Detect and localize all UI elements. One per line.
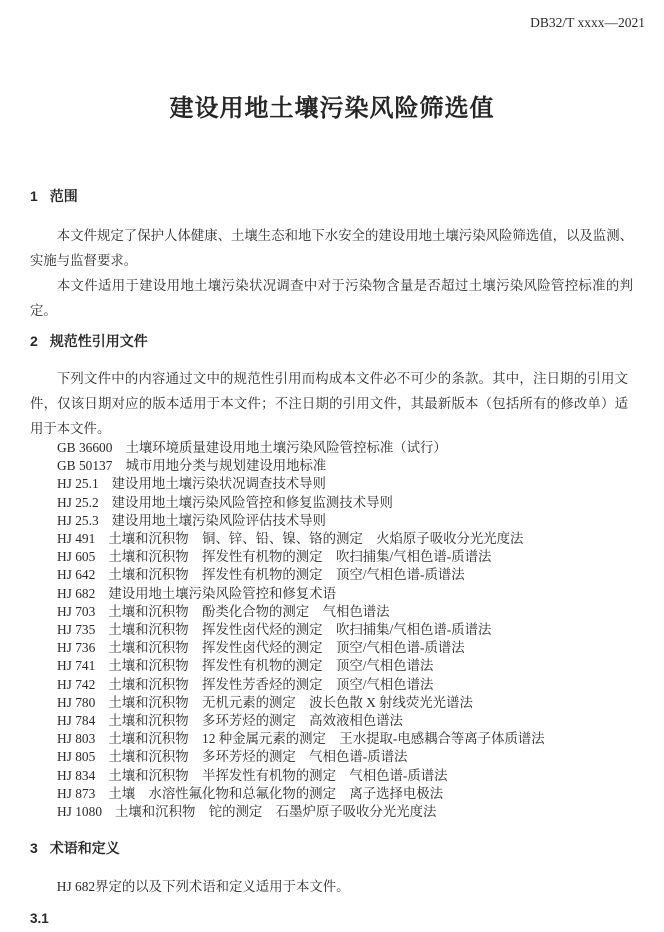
reference-title: 土壤和沉积物 多环芳烃的测定 高效液相色谱法 [108,713,403,728]
reference-row: HJ 1080土壤和沉积物 铊的测定 石墨炉原子吸收分光光度法 [57,803,664,821]
normative-intro-paragraph: 下列文件中的内容通过文中的规范性引用而构成本文件必不可少的条款。其中，注日期的引… [30,366,628,441]
reference-row: HJ 25.3建设用地土壤污染风险评估技术导则 [57,512,664,530]
reference-title: 土壤 水溶性氟化物和总氟化物的测定 离子选择电极法 [108,786,443,801]
reference-code: HJ 736 [57,640,95,655]
reference-code: HJ 682 [57,586,95,601]
reference-code: HJ 741 [57,658,95,673]
reference-title: 城市用地分类与规划建设用地标准 [125,458,326,473]
reference-title: 土壤和沉积物 铜、锌、铅、镍、铬的测定 火焰原子吸收分光光度法 [108,531,523,546]
reference-row: HJ 25.1建设用地土壤污染状况调查技术导则 [57,475,664,493]
reference-code: HJ 805 [57,749,95,764]
reference-code: HJ 784 [57,713,95,728]
reference-code: HJ 25.1 [57,476,99,491]
reference-row: HJ 805土壤和沉积物 多环芳烃的测定 气相色谱-质谱法 [57,748,664,766]
reference-row: HJ 491土壤和沉积物 铜、锌、铅、镍、铬的测定 火焰原子吸收分光光度法 [57,530,664,548]
scope-paragraph-2: 本文件适用于建设用地土壤污染状况调查中对于污染物含量是否超过土壤污染风险管控标准… [30,273,633,323]
reference-code: HJ 803 [57,731,95,746]
section-1-heading: 1范围 [30,187,664,206]
scope-paragraph-1: 本文件规定了保护人体健康、土壤生态和地下水安全的建设用地土壤污染风险筛选值，以及… [30,223,633,273]
reference-title: 土壤和沉积物 挥发性卤代烃的测定 顶空/气相色谱-质谱法 [108,640,464,655]
reference-code: HJ 780 [57,695,95,710]
reference-title: 土壤和沉积物 半挥发性有机物的测定 气相色谱-质谱法 [108,768,447,783]
reference-code: HJ 735 [57,622,95,637]
reference-title: 建设用地土壤污染风险管控和修复监测技术导则 [112,495,393,510]
reference-code: HJ 25.2 [57,495,99,510]
reference-row: HJ 741土壤和沉积物 挥发性有机物的测定 顶空/气相色谱法 [57,657,664,675]
reference-code: HJ 25.3 [57,513,99,528]
references-list: GB 36600土壤环境质量建设用地土壤污染风险管控标准（试行）GB 50137… [57,439,664,821]
section-1-number: 1 [30,188,38,204]
reference-row: GB 50137城市用地分类与规划建设用地标准 [57,457,664,475]
reference-code: HJ 491 [57,531,95,546]
reference-row: HJ 834土壤和沉积物 半挥发性有机物的测定 气相色谱-质谱法 [57,767,664,785]
reference-title: 土壤和沉积物 铊的测定 石墨炉原子吸收分光光度法 [115,804,436,819]
reference-title: 建设用地土壤污染风险管控和修复术语 [108,586,336,601]
reference-row: HJ 803土壤和沉积物 12 种金属元素的测定 王水提取-电感耦合等离子体质谱… [57,730,664,748]
reference-title: 土壤和沉积物 挥发性有机物的测定 吹扫捕集/气相色谱-质谱法 [108,549,491,564]
reference-title: 土壤和沉积物 挥发性芳香烃的测定 顶空/气相色谱法 [108,677,433,692]
reference-row: HJ 735土壤和沉积物 挥发性卤代烃的测定 吹扫捕集/气相色谱-质谱法 [57,621,664,639]
reference-title: 土壤和沉积物 挥发性有机物的测定 顶空/气相色谱法 [108,658,433,673]
reference-title: 土壤和沉积物 12 种金属元素的测定 王水提取-电感耦合等离子体质谱法 [108,731,544,746]
section-1-title: 范围 [50,188,78,204]
reference-row: HJ 873土壤 水溶性氟化物和总氟化物的测定 离子选择电极法 [57,785,664,803]
reference-title: 土壤和沉积物 挥发性有机物的测定 顶空/气相色谱-质谱法 [108,567,464,582]
document-page: DB32/T xxxx—2021 建设用地土壤污染风险筛选值 1范围 本文件规定… [0,0,664,932]
section-3-heading: 3术语和定义 [30,839,664,858]
reference-row: HJ 784土壤和沉积物 多环芳烃的测定 高效液相色谱法 [57,712,664,730]
reference-code: GB 50137 [57,458,112,473]
subclause-3-1: 3.1 [30,909,664,928]
section-3-title: 术语和定义 [50,840,120,856]
reference-code: GB 36600 [57,440,112,455]
section-2-heading: 2规范性引用文件 [30,332,664,351]
reference-title: 建设用地土壤污染风险评估技术导则 [112,513,326,528]
section-3-number: 3 [30,840,38,856]
section-2-title: 规范性引用文件 [50,333,148,349]
reference-title: 土壤和沉积物 无机元素的测定 波长色散 X 射线荧光光谱法 [108,695,473,710]
reference-row: HJ 25.2建设用地土壤污染风险管控和修复监测技术导则 [57,494,664,512]
doc-number: DB32/T xxxx—2021 [530,15,645,30]
reference-title: 土壤和沉积物 多环芳烃的测定 气相色谱-质谱法 [108,749,407,764]
reference-row: HJ 682建设用地土壤污染风险管控和修复术语 [57,585,664,603]
reference-code: HJ 834 [57,768,95,783]
reference-row: HJ 736土壤和沉积物 挥发性卤代烃的测定 顶空/气相色谱-质谱法 [57,639,664,657]
reference-code: HJ 873 [57,786,95,801]
section-2-number: 2 [30,333,38,349]
reference-code: HJ 742 [57,677,95,692]
reference-title: 土壤环境质量建设用地土壤污染风险管控标准（试行） [125,440,446,455]
document-title: 建设用地土壤污染风险筛选值 [0,92,664,125]
reference-row: HJ 742土壤和沉积物 挥发性芳香烃的测定 顶空/气相色谱法 [57,676,664,694]
reference-code: HJ 703 [57,604,95,619]
reference-code: HJ 605 [57,549,95,564]
reference-code: HJ 642 [57,567,95,582]
reference-code: HJ 1080 [57,804,102,819]
terms-intro-paragraph: HJ 682界定的以及下列术语和定义适用于本文件。 [30,874,633,899]
reference-row: HJ 642土壤和沉积物 挥发性有机物的测定 顶空/气相色谱-质谱法 [57,566,664,584]
reference-title: 土壤和沉积物 挥发性卤代烃的测定 吹扫捕集/气相色谱-质谱法 [108,622,491,637]
reference-row: HJ 605土壤和沉积物 挥发性有机物的测定 吹扫捕集/气相色谱-质谱法 [57,548,664,566]
reference-row: HJ 780土壤和沉积物 无机元素的测定 波长色散 X 射线荧光光谱法 [57,694,664,712]
running-header: DB32/T xxxx—2021 [0,13,664,32]
reference-row: GB 36600土壤环境质量建设用地土壤污染风险管控标准（试行） [57,439,664,457]
reference-title: 土壤和沉积物 酚类化合物的测定 气相色谱法 [108,604,389,619]
reference-title: 建设用地土壤污染状况调查技术导则 [112,476,326,491]
reference-row: HJ 703土壤和沉积物 酚类化合物的测定 气相色谱法 [57,603,664,621]
